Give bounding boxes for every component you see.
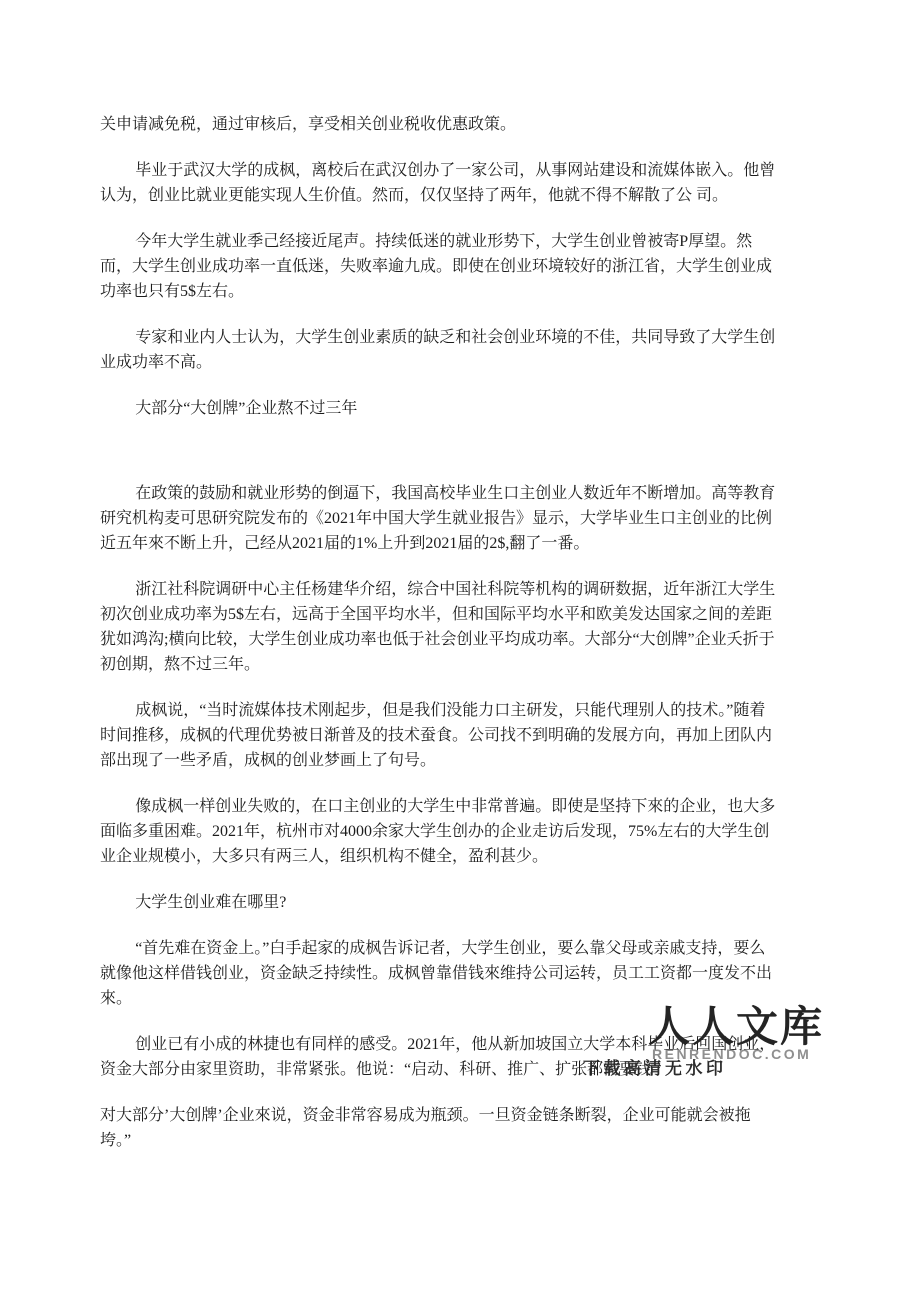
paragraph: 在政策的鼓励和就业形势的倒逼下，我国高校毕业生口主创业人数近年不断增加。高等教育…	[100, 481, 776, 556]
watermark-tagline: 下载高清无水印	[583, 1059, 727, 1079]
section-heading: 大学生创业难在哪里?	[100, 890, 776, 915]
paragraph: 专家和业内人士认为，大学生创业素质的缺乏和社会创业环境的不佳，共同导致了大学生创…	[100, 325, 776, 375]
paragraph: 浙江社科院调研中心主任杨建华介绍，综合中国社科院等机构的调研数据，近年浙江大学生…	[100, 577, 776, 677]
watermark-logo-text: 人人文库	[648, 1006, 824, 1048]
paragraph: 关申请减免税，通过审核后，享受相关创业税收优惠政策。	[100, 112, 776, 137]
paragraph: 毕业于武汉大学的成枫，离校后在武汉创办了一家公司，从事网站建设和流媒体嵌入。他曾…	[100, 158, 776, 208]
paragraph: 今年大学生就业季己经接近尾声。持续低迷的就业形势下，大学生创业曾被寄P厚望。然而…	[100, 229, 776, 304]
paragraph: 像成枫一样创业失败的，在口主创业的大学生中非常普遍。即使是坚持下來的企业，也大多…	[100, 794, 776, 869]
section-heading: 大部分“大创牌”企业熬不过三年	[100, 396, 776, 421]
paragraph: 对大部分’大创牌’企业來说，资金非常容易成为瓶颈。一旦资金链条断裂，企业可能就会…	[100, 1103, 776, 1153]
document-page: 关申请减免税，通过审核后，享受相关创业税收优惠政策。 毕业于武汉大学的成枫，离校…	[0, 0, 920, 1301]
paragraph: “首先难在资金上。”白手起家的成枫告诉记者，大学生创业，要么靠父母或亲戚支持，要…	[100, 936, 776, 1011]
paragraph: 成枫说，“当时流媒体技术刚起步，但是我们没能力口主研发，只能代理别人的技术。”随…	[100, 698, 776, 773]
